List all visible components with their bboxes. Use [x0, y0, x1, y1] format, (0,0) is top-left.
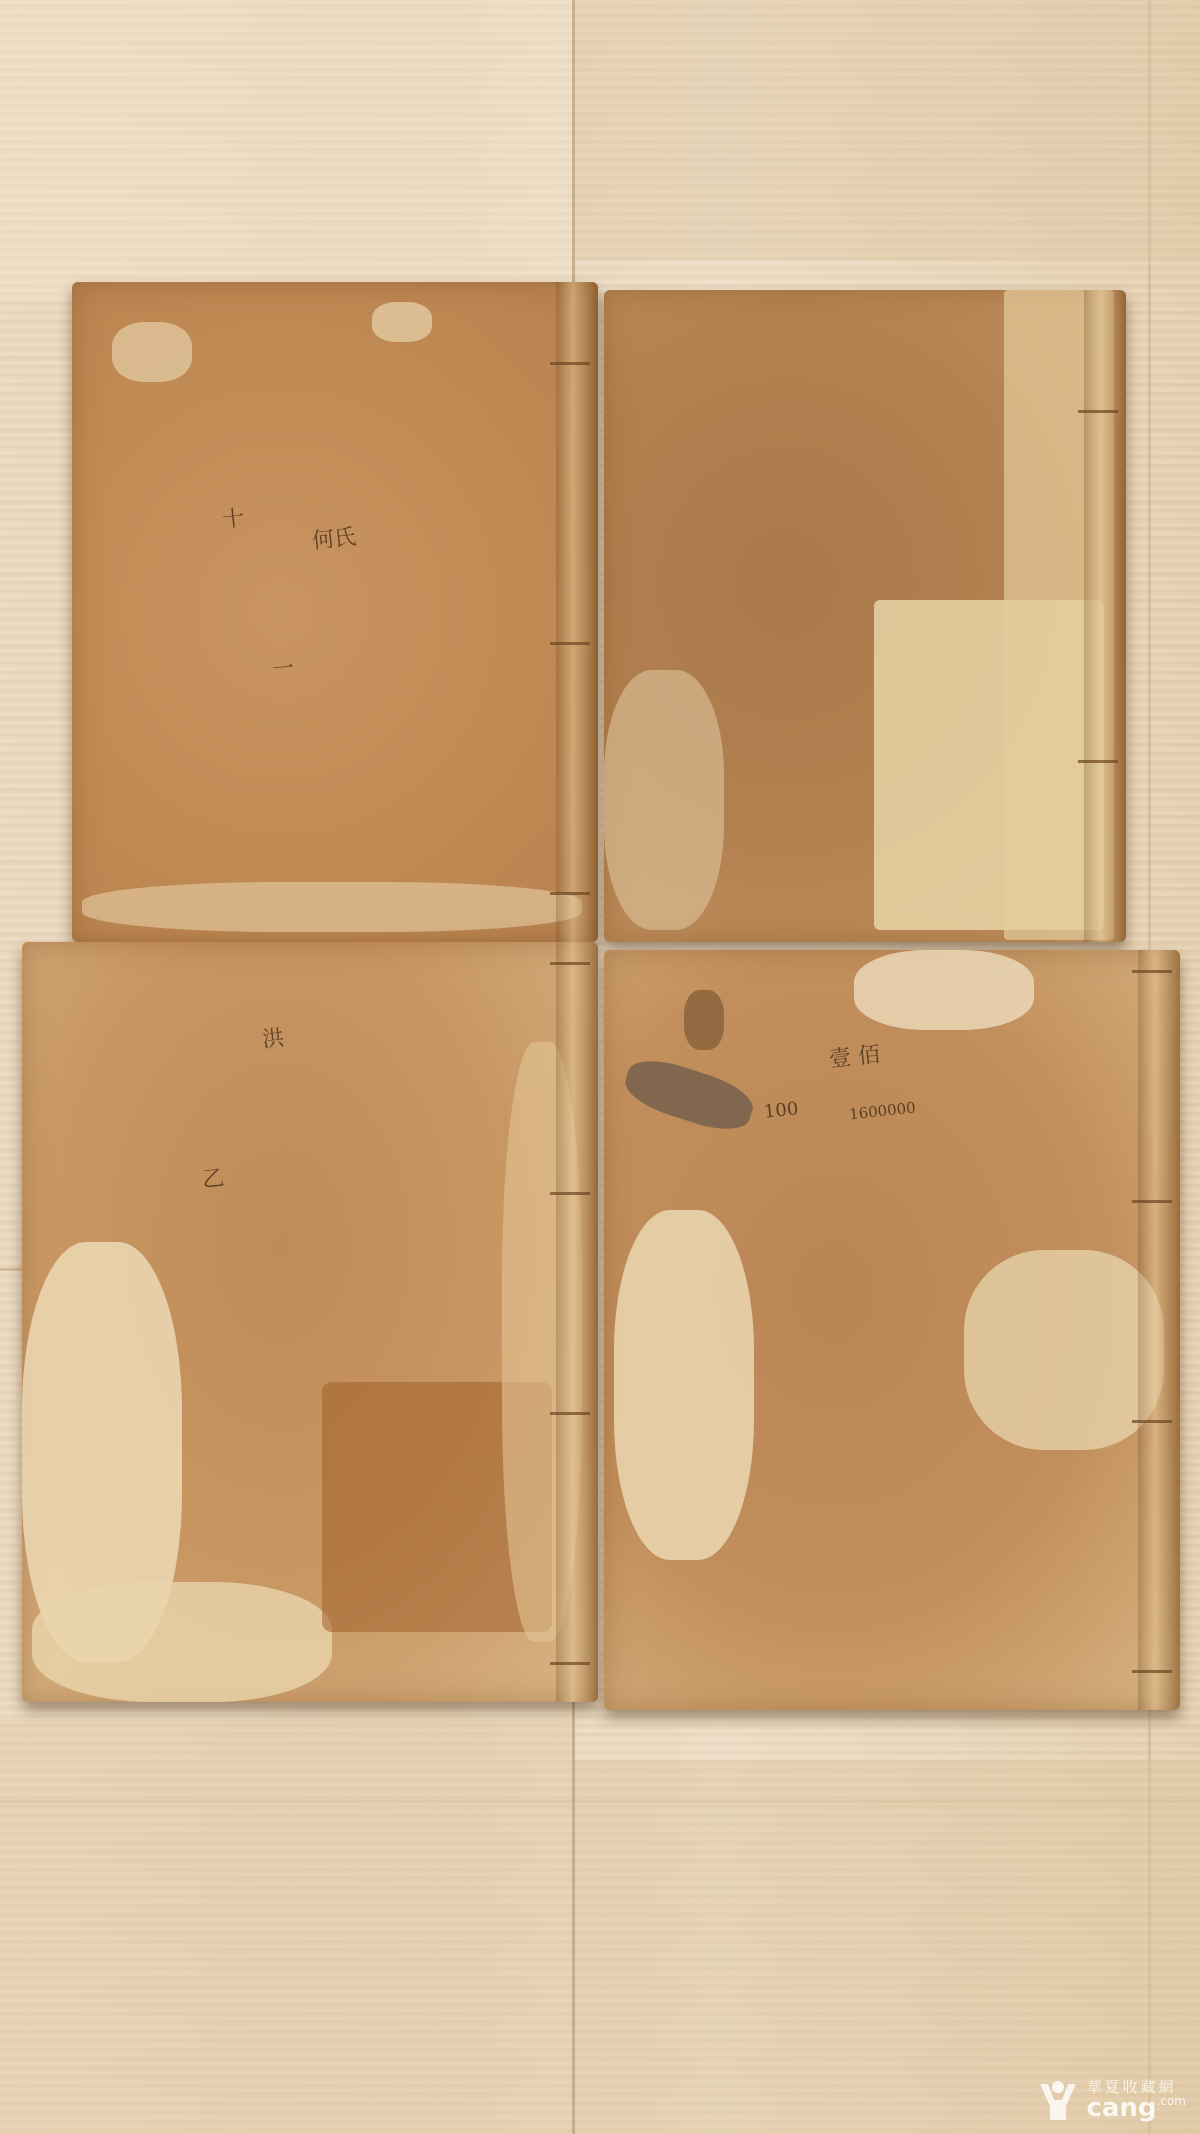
handwriting: 一 [270, 651, 295, 684]
book-spine [1138, 950, 1180, 1710]
handwriting: 1600000 [848, 1099, 916, 1124]
site-watermark: 華夏收藏網 cang.com [1036, 2078, 1186, 2122]
handwriting: 100 [763, 1098, 799, 1122]
handwriting: 何氏 [311, 520, 358, 555]
antique-book-bottom-left: 洪 乙 [22, 942, 598, 1702]
handwriting: 乙 [200, 1161, 225, 1194]
book-spine [556, 942, 598, 1702]
book-spine [556, 282, 598, 942]
handwriting: 洪 [260, 1021, 285, 1054]
handwriting: 十 [220, 501, 245, 534]
person-arms-raised-logo-icon [1036, 2078, 1080, 2122]
antique-book-top-left: 十 何氏 一 [72, 282, 598, 942]
antique-book-top-right [604, 290, 1126, 942]
book-spine [1084, 290, 1126, 942]
handwriting: 壹 佰 [828, 1037, 882, 1073]
watermark-brand-text: cang.com [1086, 2095, 1186, 2121]
antique-book-bottom-right: 壹 佰 100 1600000 [604, 950, 1180, 1710]
